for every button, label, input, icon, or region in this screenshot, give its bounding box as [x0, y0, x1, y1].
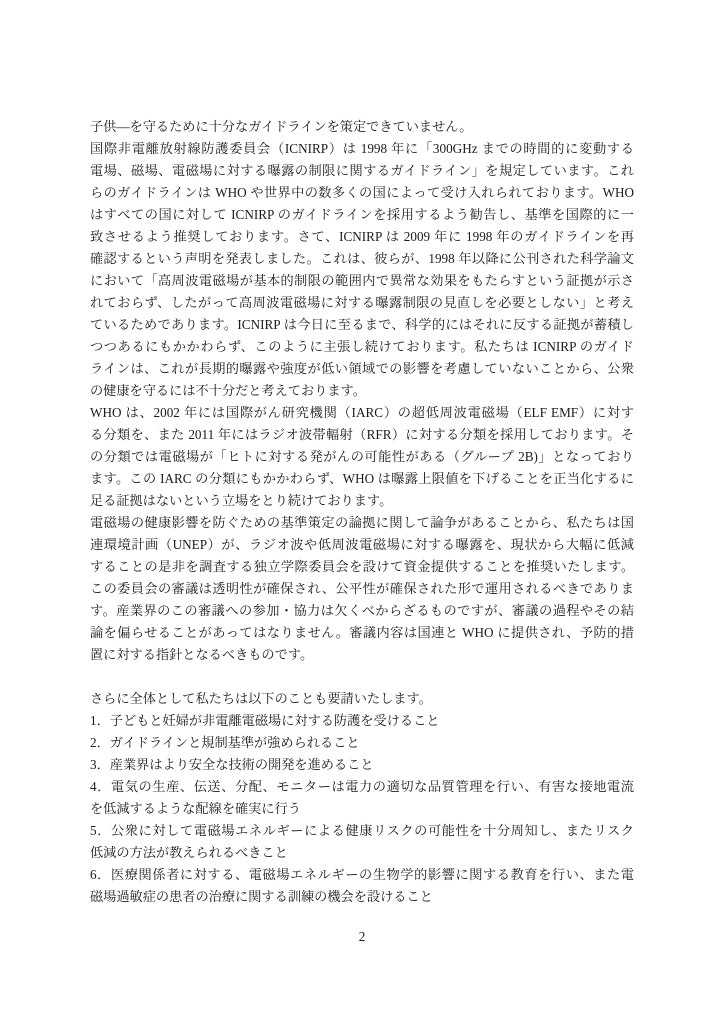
text-line: 足る証拠はないという立場をとり続けております。: [90, 490, 634, 512]
text-line: す。産業界のこの審議への参加・協力は欠くべからざるものですが、審議の過程やその結: [90, 600, 634, 622]
text-line: することの是非を調査する独立学際委員会を設けて資金提供することを推奨いたします。: [90, 556, 634, 578]
text-line: の分類では電磁場が「ヒトに対する発がんの可能性がある（グループ 2B)」となって…: [90, 446, 634, 468]
text-block: 子供―を守るために十分なガイドラインを策定できていません。国際非電離放射線防護委…: [90, 116, 634, 908]
text-line: ます。この IARC の分類にもかかわらず、WHO は曝露上限値を下げることを正…: [90, 468, 634, 490]
text-line: はすべての国に対して ICNIRP のガイドラインを採用するよう勧告し、基準を国…: [90, 204, 634, 226]
text-line: さらに全体として私たちは以下のことも要請いたします。: [90, 688, 634, 710]
text-line: 確認するという声明を発表しました。これは、彼らが、1998 年以降に公刊された科…: [90, 248, 634, 270]
text-line: 国際非電離放射線防護委員会（ICNIRP）は 1998 年に「300GHz まで…: [90, 138, 634, 160]
text-line: 電磁場の健康影響を防ぐための基準策定の論拠に関して論争があることから、私たちは国: [90, 512, 634, 534]
text-line: 3．産業界はより安全な技術の開発を進めること: [90, 754, 634, 776]
text-line: ているためであります。ICNIRP は今日に至るまで、科学的にはそれに反する証拠…: [90, 314, 634, 336]
text-line: この委員会の審議は透明性が確保され、公平性が確保された形で運用されるべきでありま: [90, 578, 634, 600]
text-line: ラインは、これが長期的曝露や強度が低い領域での影響を考慮していないことから、公衆: [90, 358, 634, 380]
page-number: 2: [0, 926, 724, 948]
text-line: 子供―を守るために十分なガイドラインを策定できていません。: [90, 116, 634, 138]
blank-line: [90, 666, 634, 688]
document-page: 子供―を守るために十分なガイドラインを策定できていません。国際非電離放射線防護委…: [0, 0, 724, 1024]
text-line: 置に対する指針となるべきものです。: [90, 644, 634, 666]
text-line: 6．医療関係者に対する、電磁場エネルギーの生物学的影響に関する教育を行い、また電: [90, 864, 634, 886]
text-line: 磁場過敏症の患者の治療に関する訓練の機会を設けること: [90, 886, 634, 908]
text-line: る分類を、また 2011 年にはラジオ波帯輻射（RFR）に対する分類を採用してお…: [90, 424, 634, 446]
text-line: 低減の方法が教えられるべきこと: [90, 842, 634, 864]
text-line: つつあるにもかかわらず、このように主張し続けております。私たちは ICNIRP …: [90, 336, 634, 358]
text-line: 致させるよう推奨しております。さて、ICNIRP は 2009 年に 1998 …: [90, 226, 634, 248]
text-line: 論を偏らせることがあってはなりません。審議内容は国連と WHO に提供され、予防…: [90, 622, 634, 644]
text-line: において「高周波電磁場が基本的制限の範囲内で異常な効果をもたらすという証拠が示さ: [90, 270, 634, 292]
text-line: 1．子どもと妊婦が非電離電磁場に対する防護を受けること: [90, 710, 634, 732]
text-line: を低減するような配線を確実に行う: [90, 798, 634, 820]
text-line: 電場、磁場、電磁場に対する曝露の制限に関するガイドライン」を規定しています。これ: [90, 160, 634, 182]
text-line: 4．電気の生産、伝送、分配、モニターは電力の適切な品質管理を行い、有害な接地電流: [90, 776, 634, 798]
text-line: 2．ガイドラインと規制基準が強められること: [90, 732, 634, 754]
text-line: の健康を守るには不十分だと考えております。: [90, 380, 634, 402]
text-line: 連環境計画（UNEP）が、ラジオ波や低周波電磁場に対する曝露を、現状から大幅に低…: [90, 534, 634, 556]
text-line: 5．公衆に対して電磁場エネルギーによる健康リスクの可能性を十分周知し、またリスク: [90, 820, 634, 842]
text-line: れておらず、したがって高周波電磁場に対する曝露制限の見直しを必要としない」と考え: [90, 292, 634, 314]
text-line: らのガイドラインは WHO や世界中の数多くの国によって受け入れられております。…: [90, 182, 634, 204]
text-line: WHO は、2002 年には国際がん研究機関（IARC）の超低周波電磁場（ELF…: [90, 402, 634, 424]
